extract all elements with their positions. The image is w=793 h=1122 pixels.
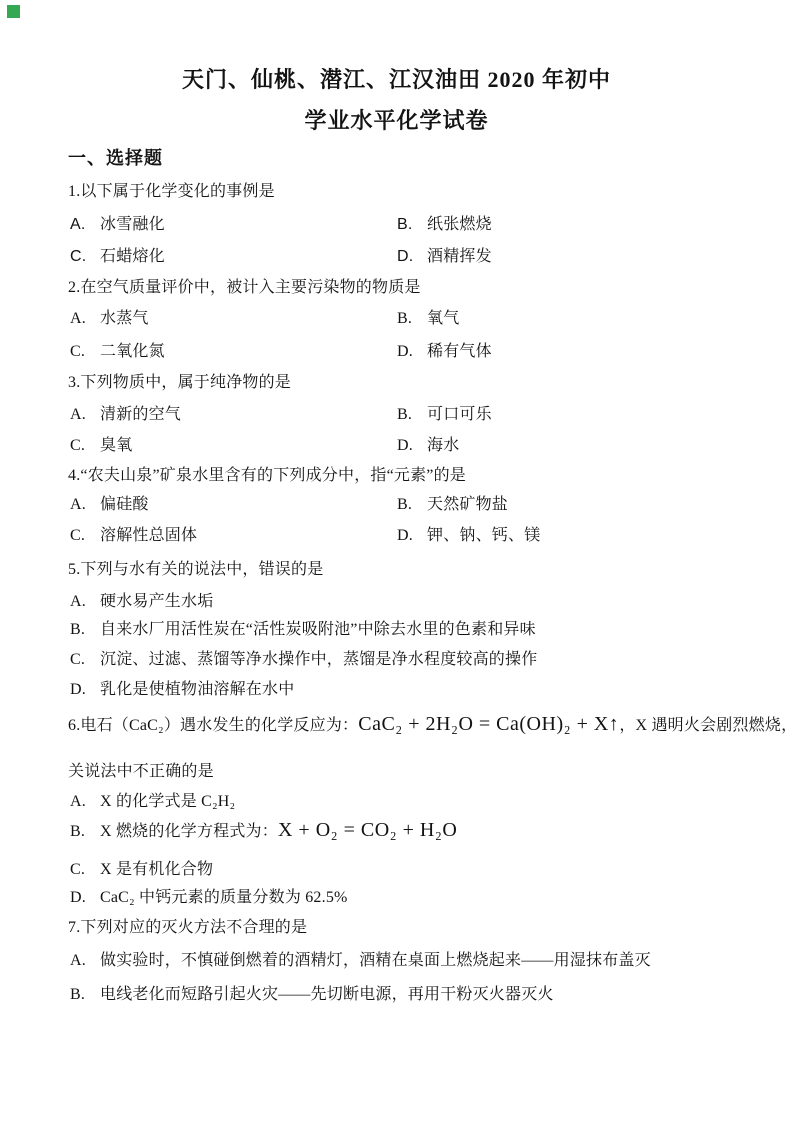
exam-title-line1: 天门、仙桃、潜江、江汉油田 2020 年初中: [0, 66, 793, 94]
option-label: A.: [70, 951, 100, 971]
option-text: 自来水厂用活性炭在“活性炭吸附池”中除去水里的色素和异味: [100, 621, 536, 638]
option-label: B.: [397, 405, 427, 425]
question-7-option-a: A.做实验时，不慎碰倒燃着的酒精灯，酒精在桌面上燃烧起来——用湿抹布盖灭: [70, 951, 651, 971]
question-4-stem: 4.“农夫山泉”矿泉水里含有的下列成分中，指“元素”的是: [68, 466, 466, 486]
option-label: C.: [70, 860, 100, 880]
question-6-option-a: A.X 的化学式是 C₂H₂: [70, 792, 235, 812]
question-6-option-b: B.X 燃烧的化学方程式为：X + O₂ = CO₂ + H₂O: [70, 818, 457, 843]
option-label: D.: [397, 342, 427, 362]
question-6-stem-line1: 6.电石（CaC₂）遇水发生的化学反应为：CaC₂ + 2H₂O = Ca(OH…: [68, 712, 793, 737]
question-5-option-b: B.自来水厂用活性炭在“活性炭吸附池”中除去水里的色素和异味: [70, 620, 536, 640]
option-text: 水蒸气: [100, 310, 149, 327]
option-text: 做实验时，不慎碰倒燃着的酒精灯，酒精在桌面上燃烧起来——用湿抹布盖灭: [100, 952, 651, 969]
option-text: X 是有机化合物: [100, 861, 213, 878]
option-label: A.: [70, 495, 100, 515]
option-text: 钾、钠、钙、镁: [427, 527, 540, 544]
option-text: 溶解性总固体: [100, 527, 197, 544]
question-7-option-b: B.电线老化而短路引起火灾——先切断电源，再用干粉灭火器灭火: [70, 985, 554, 1005]
option-label: C.: [70, 247, 100, 267]
option-text: 二氧化氮: [100, 343, 165, 360]
option-label: A.: [70, 592, 100, 612]
question-6-option-d: D.CaC₂ 中钙元素的质量分数为 62.5%: [70, 888, 348, 908]
option-label: B.: [397, 495, 427, 515]
exam-title-line2: 学业水平化学试卷: [0, 107, 793, 135]
option-label: B.: [70, 822, 100, 842]
option-text: 偏硅酸: [100, 496, 149, 513]
option-text: 电线老化而短路引起火灾——先切断电源，再用干粉灭火器灭火: [100, 986, 554, 1003]
question-5-option-a: A.硬水易产生水垢: [70, 592, 213, 612]
question-1-option-b: B.纸张燃烧: [397, 215, 492, 235]
corner-marker-icon: [7, 5, 20, 18]
chem-equation: CaC₂ + 2H₂O = Ca(OH)₂ + X↑: [358, 713, 619, 735]
option-text: 硬水易产生水垢: [100, 593, 213, 610]
question-3-option-a: A.清新的空气: [70, 405, 181, 425]
question-2-option-b: B.氧气: [397, 309, 459, 329]
question-2-option-c: C.二氧化氮: [70, 342, 165, 362]
question-3-option-d: D.海水: [397, 436, 459, 456]
chem-equation: X + O₂ = CO₂ + H₂O: [278, 819, 457, 841]
option-text: 乳化是使植物油溶解在水中: [100, 681, 294, 698]
question-7-stem: 7.下列对应的灭火方法不合理的是: [68, 918, 307, 938]
option-text: 沉淀、过滤、蒸馏等净水操作中，蒸馏是净水程度较高的操作: [100, 651, 537, 668]
option-label: B.: [397, 309, 427, 329]
question-4-option-a: A.偏硅酸: [70, 495, 149, 515]
option-label: C.: [70, 436, 100, 456]
option-text: 可口可乐: [427, 406, 492, 423]
option-text: 清新的空气: [100, 406, 181, 423]
question-6-stem-line2: 关说法中不正确的是: [68, 762, 214, 782]
question-3-option-c: C.臭氧: [70, 436, 132, 456]
option-label: C.: [70, 342, 100, 362]
option-label: D.: [397, 526, 427, 546]
option-label: C.: [70, 526, 100, 546]
option-label: B.: [70, 985, 100, 1005]
option-label: B.: [70, 620, 100, 640]
option-label: D.: [397, 247, 427, 267]
exam-document-page: 天门、仙桃、潜江、江汉油田 2020 年初中 学业水平化学试卷 一、选择题 1.…: [0, 0, 793, 1122]
option-label: C.: [70, 650, 100, 670]
option-text: 酒精挥发: [427, 248, 492, 265]
option-label: A.: [70, 405, 100, 425]
option-text: 冰雪融化: [100, 216, 165, 233]
option-label: A.: [70, 792, 100, 812]
option-label: A.: [70, 215, 100, 235]
option-text: 纸张燃烧: [427, 216, 492, 233]
question-5-option-d: D.乳化是使植物油溶解在水中: [70, 680, 294, 700]
question-2-option-d: D.稀有气体: [397, 342, 492, 362]
option-label: B.: [397, 215, 427, 235]
question-2-option-a: A.水蒸气: [70, 309, 149, 329]
option-text: 石蜡熔化: [100, 248, 165, 265]
question-1-stem: 1.以下属于化学变化的事例是: [68, 182, 275, 202]
option-label: D.: [70, 888, 100, 908]
option-label: D.: [397, 436, 427, 456]
question-4-option-d: D.钾、钠、钙、镁: [397, 526, 540, 546]
question-3-option-b: B.可口可乐: [397, 405, 492, 425]
section-heading: 一、选择题: [68, 147, 163, 170]
question-4-option-c: C.溶解性总固体: [70, 526, 197, 546]
option-label: D.: [70, 680, 100, 700]
question-1-option-d: D.酒精挥发: [397, 247, 492, 267]
question-stem-text: ，X 遇明火会剧烈燃烧，下列相: [619, 717, 793, 734]
option-text: CaC₂ 中钙元素的质量分数为 62.5%: [100, 889, 348, 906]
option-label: A.: [70, 309, 100, 329]
option-text: 臭氧: [100, 437, 132, 454]
question-6-option-c: C.X 是有机化合物: [70, 860, 213, 880]
question-3-stem: 3.下列物质中，属于纯净物的是: [68, 373, 291, 393]
question-2-stem: 2.在空气质量评价中，被计入主要污染物的物质是: [68, 278, 421, 298]
question-4-option-b: B.天然矿物盐: [397, 495, 508, 515]
question-1-option-a: A.冰雪融化: [70, 215, 165, 235]
option-text: X 的化学式是 C₂H₂: [100, 793, 235, 810]
option-text: 稀有气体: [427, 343, 492, 360]
question-1-option-c: C.石蜡熔化: [70, 247, 165, 267]
question-5-stem: 5.下列与水有关的说法中，错误的是: [68, 560, 323, 580]
option-text: 海水: [427, 437, 459, 454]
question-stem-text: 6.电石（CaC₂）遇水发生的化学反应为：: [68, 717, 358, 734]
option-text: 天然矿物盐: [427, 496, 508, 513]
question-5-option-c: C.沉淀、过滤、蒸馏等净水操作中，蒸馏是净水程度较高的操作: [70, 650, 537, 670]
option-text: 氧气: [427, 310, 459, 327]
option-text: X 燃烧的化学方程式为：: [100, 823, 278, 840]
